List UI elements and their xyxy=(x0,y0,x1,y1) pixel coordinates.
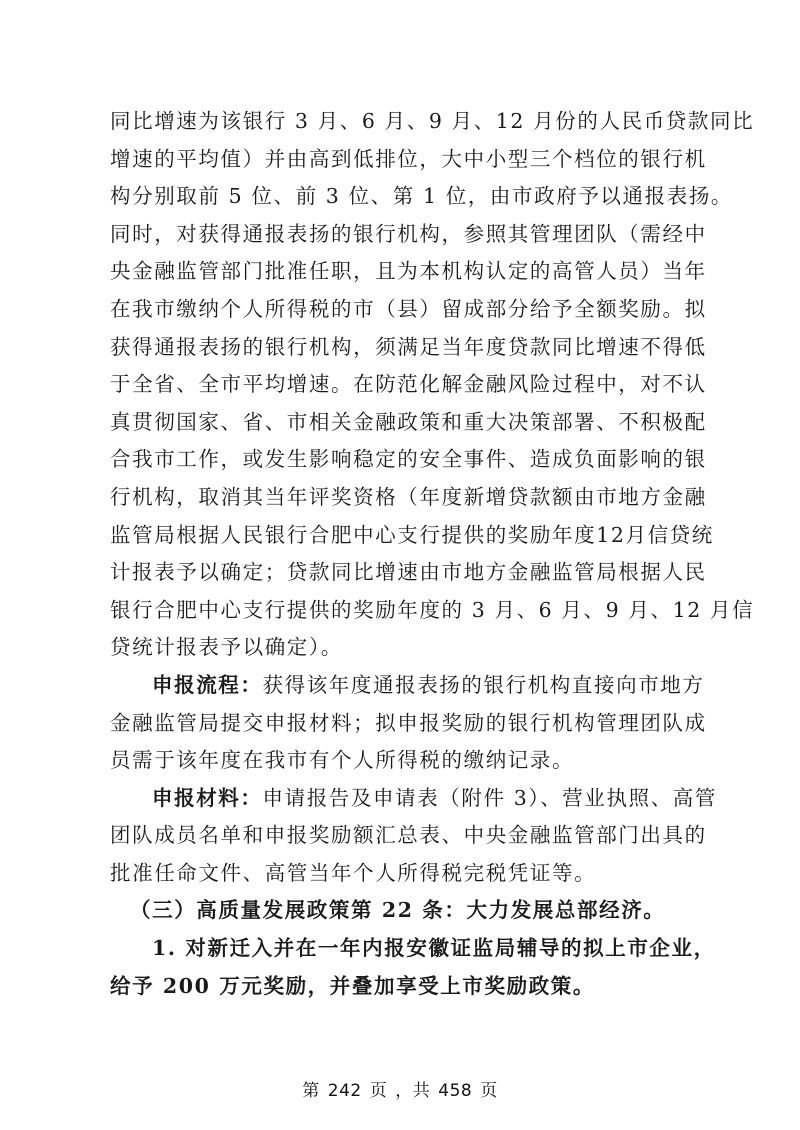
section-heading: （三）高质量发展政策第 22 条：大力发展总部经济。 xyxy=(110,892,694,930)
text-line: 在我市缴纳个人所得税的市（县）留成部分给予全额奖励。拟 xyxy=(110,291,694,329)
text-line: 1. 对新迁入并在一年内报安徽证监局辅导的拟上市企业， xyxy=(110,930,694,968)
footer-page-unit: 页 xyxy=(370,1081,388,1101)
footer-prefix: 第 xyxy=(302,1081,320,1101)
total-page-count: 458 xyxy=(438,1081,472,1101)
current-page-number: 242 xyxy=(328,1081,362,1101)
paragraph-application-materials: 申报材料：申请报告及申请表（附件 3）、营业执照、高管 团队成员名单和申报奖励额… xyxy=(110,780,694,893)
text-line: 申报流程：获得该年度通报表扬的银行机构直接向市地方 xyxy=(110,667,694,705)
text-line: 给予 200 万元奖励，并叠加享受上市奖励政策。 xyxy=(110,968,694,1006)
footer-suffix: 页 xyxy=(480,1081,498,1101)
text-line: 申报材料：申请报告及申请表（附件 3）、营业执照、高管 xyxy=(110,780,694,818)
text-line: 员需于该年度在我市有个人所得税的缴纳记录。 xyxy=(110,742,694,780)
text-line: 构分别取前 5 位、前 3 位、第 1 位，由市政府予以通报表扬。 xyxy=(110,178,694,216)
text-line: 团队成员名单和申报奖励额汇总表、中央金融监管部门出具的 xyxy=(110,817,694,855)
page-content: 同比增速为该银行 3 月、6 月、9 月、12 月份的人民币贷款同比 增速的平均… xyxy=(110,103,694,1005)
text-line: 批准任命文件、高管当年个人所得税完税凭证等。 xyxy=(110,855,694,893)
text-line: 同时，对获得通报表扬的银行机构，参照其管理团队（需经中 xyxy=(110,216,694,254)
text-line: 贷统计报表予以确定）。 xyxy=(110,629,694,667)
paragraph-ranking-criteria: 同比增速为该银行 3 月、6 月、9 月、12 月份的人民币贷款同比 增速的平均… xyxy=(110,103,694,667)
materials-label: 申报材料： xyxy=(152,786,263,810)
text-line: 于全省、全市平均增速。在防范化解金融风险过程中，对不认 xyxy=(110,366,694,404)
page-number-footer: 第242页，共458页 xyxy=(0,1076,800,1101)
text-line: 合我市工作，或发生影响稳定的安全事件、造成负面影响的银 xyxy=(110,441,694,479)
text-line: 央金融监管部门批准任职，且为本机构认定的高管人员）当年 xyxy=(110,253,694,291)
text-line: 同比增速为该银行 3 月、6 月、9 月、12 月份的人民币贷款同比 xyxy=(110,103,694,141)
text-line: 真贯彻国家、省、市相关金融政策和重大决策部署、不积极配 xyxy=(110,404,694,442)
document-page: 同比增速为该银行 3 月、6 月、9 月、12 月份的人民币贷款同比 增速的平均… xyxy=(0,0,800,1130)
text-line: 获得通报表扬的银行机构，须满足当年度贷款同比增速不得低 xyxy=(110,329,694,367)
process-label: 申报流程： xyxy=(152,673,263,697)
paragraph-application-process: 申报流程：获得该年度通报表扬的银行机构直接向市地方 金融监管局提交申报材料；拟申… xyxy=(110,667,694,780)
text-line: 行机构，取消其当年评奖资格（年度新增贷款额由市地方金融 xyxy=(110,479,694,517)
footer-separator: ，共 xyxy=(395,1081,430,1101)
text-line: 监管局根据人民银行合肥中心支行提供的奖励年度12月信贷统 xyxy=(110,517,694,555)
text-line: 银行合肥中心支行提供的奖励年度的 3 月、6 月、9 月、12 月信 xyxy=(110,592,694,630)
text-line: 计报表予以确定；贷款同比增速由市地方金融监管局根据人民 xyxy=(110,554,694,592)
process-text: 获得该年度通报表扬的银行机构直接向市地方 xyxy=(263,673,705,697)
materials-text: 申请报告及申请表（附件 3）、营业执照、高管 xyxy=(263,786,718,810)
text-line: 增速的平均值）并由高到低排位，大中小型三个档位的银行机 xyxy=(110,141,694,179)
paragraph-headquarters-policy: 1. 对新迁入并在一年内报安徽证监局辅导的拟上市企业， 给予 200 万元奖励，… xyxy=(110,930,694,1005)
text-line: 金融监管局提交申报材料；拟申报奖励的银行机构管理团队成 xyxy=(110,705,694,743)
